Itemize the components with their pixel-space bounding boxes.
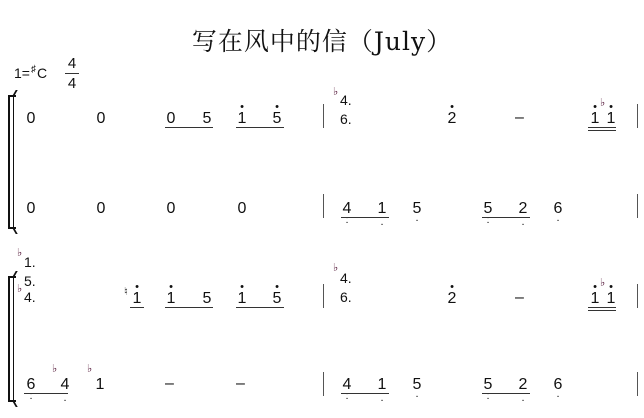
- note: 0: [164, 201, 178, 217]
- note: 4:: [340, 377, 354, 393]
- high-dot: •: [130, 284, 144, 290]
- low-dot: .: [516, 219, 530, 225]
- high-dot: •: [235, 104, 249, 110]
- low-dot: .: [58, 395, 72, 401]
- eighth-beam: [165, 127, 213, 128]
- chord-note: 6.: [340, 289, 352, 305]
- note: 0: [24, 201, 38, 217]
- note: 0: [235, 201, 249, 217]
- low-double-dot: :: [24, 394, 38, 398]
- low-dot: .: [410, 215, 424, 221]
- chord-note: 6.: [340, 111, 352, 127]
- high-dot: •: [270, 284, 284, 290]
- note: 4:: [340, 201, 354, 217]
- system-1-bracket: [8, 95, 16, 229]
- eighth-beam: [236, 307, 284, 308]
- note: 5.: [410, 377, 424, 393]
- high-dot: •: [604, 104, 618, 110]
- note: 6.: [551, 377, 565, 393]
- eighth-beam: [24, 393, 68, 394]
- low-dot: .: [375, 395, 389, 401]
- low-dot: .: [410, 391, 424, 397]
- note: 1•: [604, 291, 618, 307]
- high-dot: •: [445, 284, 459, 290]
- dash-extension: –: [165, 375, 174, 393]
- key-signature: 1=♯C: [14, 64, 47, 81]
- sixteenth-beam: [588, 307, 616, 308]
- note: 0: [164, 111, 178, 127]
- eighth-beam: [236, 127, 284, 128]
- key-name: C: [37, 65, 47, 81]
- low-double-dot: :: [340, 394, 354, 398]
- dash-extension: –: [515, 109, 524, 127]
- low-dot: .: [551, 391, 565, 397]
- note: 1.: [375, 377, 389, 393]
- chord-note: 5.: [24, 273, 36, 289]
- note: 1: [93, 377, 107, 393]
- barline: [637, 104, 638, 128]
- eighth-beam: [482, 393, 530, 394]
- eighth-beam: [341, 217, 389, 218]
- barline: [323, 372, 324, 396]
- barline: [323, 194, 324, 218]
- note: 6:: [24, 377, 38, 393]
- note: 2.: [516, 201, 530, 217]
- low-dot: .: [375, 219, 389, 225]
- note: 0: [94, 201, 108, 217]
- sixteenth-beam: [588, 130, 616, 131]
- natural-icon: ♮: [124, 285, 128, 298]
- sixteenth-beam: [588, 127, 616, 128]
- low-dot: .: [516, 395, 530, 401]
- song-title: 写在风中的信（July）: [0, 22, 644, 58]
- flat-icon: ♭: [333, 85, 338, 98]
- note: 5:: [481, 377, 495, 393]
- flat-icon: ♭: [17, 282, 22, 295]
- high-dot: •: [445, 104, 459, 110]
- note: 4.: [58, 377, 72, 393]
- note: 2.: [516, 377, 530, 393]
- flat-icon: ♭: [52, 362, 57, 375]
- note: 5•: [270, 111, 284, 127]
- time-sig-numerator: 4: [65, 55, 79, 72]
- note: 1•: [588, 291, 602, 307]
- high-dot: •: [235, 284, 249, 290]
- barline: [323, 104, 324, 128]
- high-dot: •: [270, 104, 284, 110]
- note: 1•: [164, 291, 178, 307]
- eighth-beam: [482, 217, 530, 218]
- time-sig-denominator: 4: [65, 75, 79, 92]
- note: 0: [24, 111, 38, 127]
- chord-note: 4.: [24, 289, 36, 305]
- note: 1•: [604, 111, 618, 127]
- note: 5: [200, 111, 214, 127]
- note: 5•: [270, 291, 284, 307]
- low-double-dot: :: [340, 218, 354, 222]
- chord-note: 1.: [24, 254, 36, 270]
- chord-note: 4.: [340, 270, 352, 286]
- note: 1•: [235, 291, 249, 307]
- note: 5: [200, 291, 214, 307]
- note: 6.: [551, 201, 565, 217]
- system-2-bracket: [8, 276, 16, 402]
- low-dot: .: [551, 215, 565, 221]
- barline: [323, 284, 324, 308]
- flat-icon: ♭: [333, 261, 338, 274]
- chord-note: 4.: [340, 92, 352, 108]
- barline: [637, 194, 638, 218]
- time-signature: 4 4: [65, 55, 79, 92]
- low-double-dot: :: [481, 218, 495, 222]
- note: 1•: [235, 111, 249, 127]
- note: 0: [94, 111, 108, 127]
- barline: [637, 372, 638, 396]
- sharp-icon: ♯: [31, 64, 36, 75]
- low-double-dot: :: [481, 394, 495, 398]
- flat-icon: ♭: [17, 246, 22, 259]
- eighth-beam: [165, 307, 213, 308]
- note: 1•: [130, 291, 144, 307]
- eighth-beam: [341, 393, 389, 394]
- note: 5.: [410, 201, 424, 217]
- high-dot: •: [604, 284, 618, 290]
- note: 2•: [445, 111, 459, 127]
- dash-extension: –: [515, 289, 524, 307]
- sixteenth-beam: [588, 310, 616, 311]
- note: 2•: [445, 291, 459, 307]
- note: 5:: [481, 201, 495, 217]
- key-label: 1=: [14, 65, 30, 81]
- eighth-beam: [130, 307, 144, 308]
- dash-extension: –: [236, 375, 245, 393]
- note: 1•: [588, 111, 602, 127]
- note: 1.: [375, 201, 389, 217]
- high-dot: •: [164, 284, 178, 290]
- barline: [637, 284, 638, 308]
- flat-icon: ♭: [87, 362, 92, 375]
